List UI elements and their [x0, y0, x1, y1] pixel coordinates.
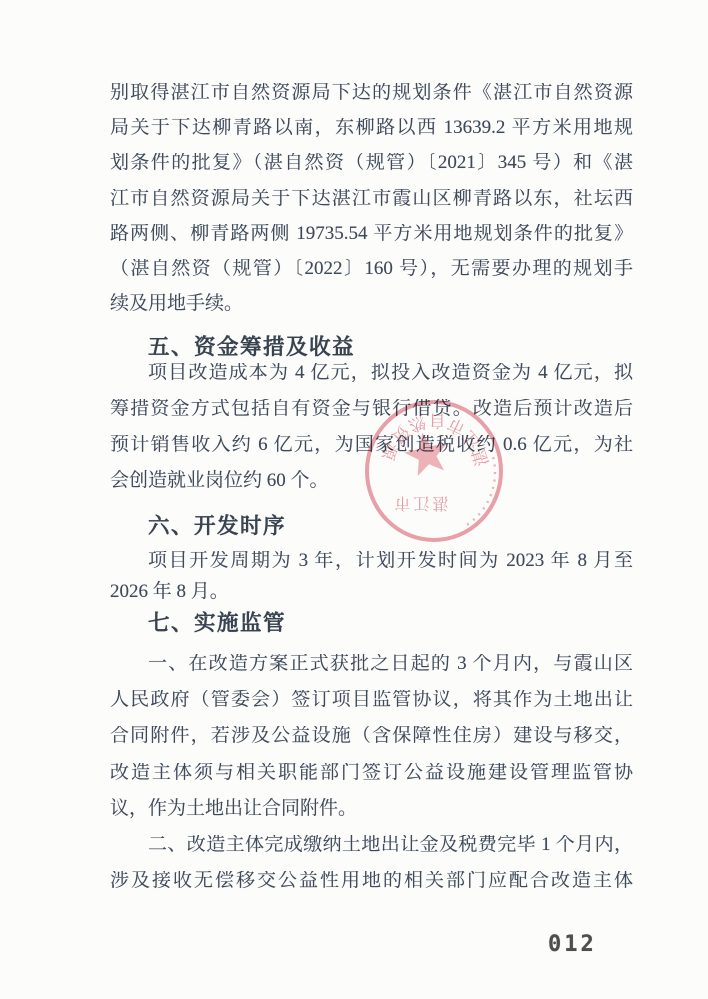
- text-line: 项目改造成本为 4 亿元，拟投入改造资金为 4 亿元，拟: [110, 363, 633, 382]
- page-number: 012: [548, 932, 597, 957]
- section-heading-funding: 五、资金筹措及收益: [148, 330, 355, 361]
- text-line: 路两侧、柳青路两侧 19735.54 平方米用地规划条件的批复》: [110, 224, 633, 243]
- text-line: 项目开发周期为 3 年，计划开发时间为 2023 年 8 月至: [110, 551, 633, 570]
- text-line: 续及用地手续。: [110, 294, 633, 313]
- text-line: 涉及接收无偿移交公益性用地的相关部门应配合改造主体: [110, 871, 633, 890]
- paragraph-supervision: 一、在改造方案正式获批之日起的 3 个月内，与霞山区人民政府（管委会）签订项目监…: [110, 654, 633, 907]
- text-line: 议，作为土地出让合同附件。: [110, 799, 633, 818]
- text-line: 江市自然资源局关于下达湛江市霞山区柳青路以东，社坛西: [110, 189, 633, 208]
- red-seal-stamp: 湛江市自然资源 湛江市: [363, 398, 504, 543]
- text-line: （湛自然资（规管）〔2022〕160 号），无需要办理的规划手: [110, 259, 633, 278]
- seal-center-text: 湛江市: [391, 494, 448, 512]
- paragraph-development-schedule: 项目开发周期为 3 年，计划开发时间为 2023 年 8 月至2026 年 8 …: [110, 551, 633, 613]
- text-line: 二、改造主体完成缴纳土地出让金及税费完毕 1 个月内，: [110, 835, 633, 854]
- text-line: 合同附件，若涉及公益设施（含保障性住房）建设与移交，: [110, 726, 633, 745]
- paragraph-planning-conditions: 别取得湛江市自然资源局下达的规划条件《湛江市自然资源局关于下达柳青路以南，东柳路…: [110, 83, 633, 329]
- scanned-document-page: 别取得湛江市自然资源局下达的规划条件《湛江市自然资源局关于下达柳青路以南，东柳路…: [0, 0, 708, 999]
- text-line: 别取得湛江市自然资源局下达的规划条件《湛江市自然资源: [110, 83, 633, 102]
- text-line: 局关于下达柳青路以南，东柳路以西 13639.2 平方米用地规: [110, 118, 633, 137]
- text-line: 一、在改造方案正式获批之日起的 3 个月内，与霞山区: [110, 654, 633, 673]
- text-line: 改造主体须与相关职能部门签订公益设施建设管理监管协: [110, 763, 633, 782]
- text-line: 划条件的批复》（湛自然资（规管）〔2021〕345 号）和《湛: [110, 153, 633, 172]
- section-heading-supervision: 七、实施监管: [148, 606, 286, 637]
- text-line: 人民政府（管委会）签订项目监管协议，将其作为土地出让: [110, 690, 633, 709]
- text-line: 2026 年 8 月。: [110, 582, 633, 601]
- section-heading-development-schedule: 六、开发时序: [148, 509, 286, 540]
